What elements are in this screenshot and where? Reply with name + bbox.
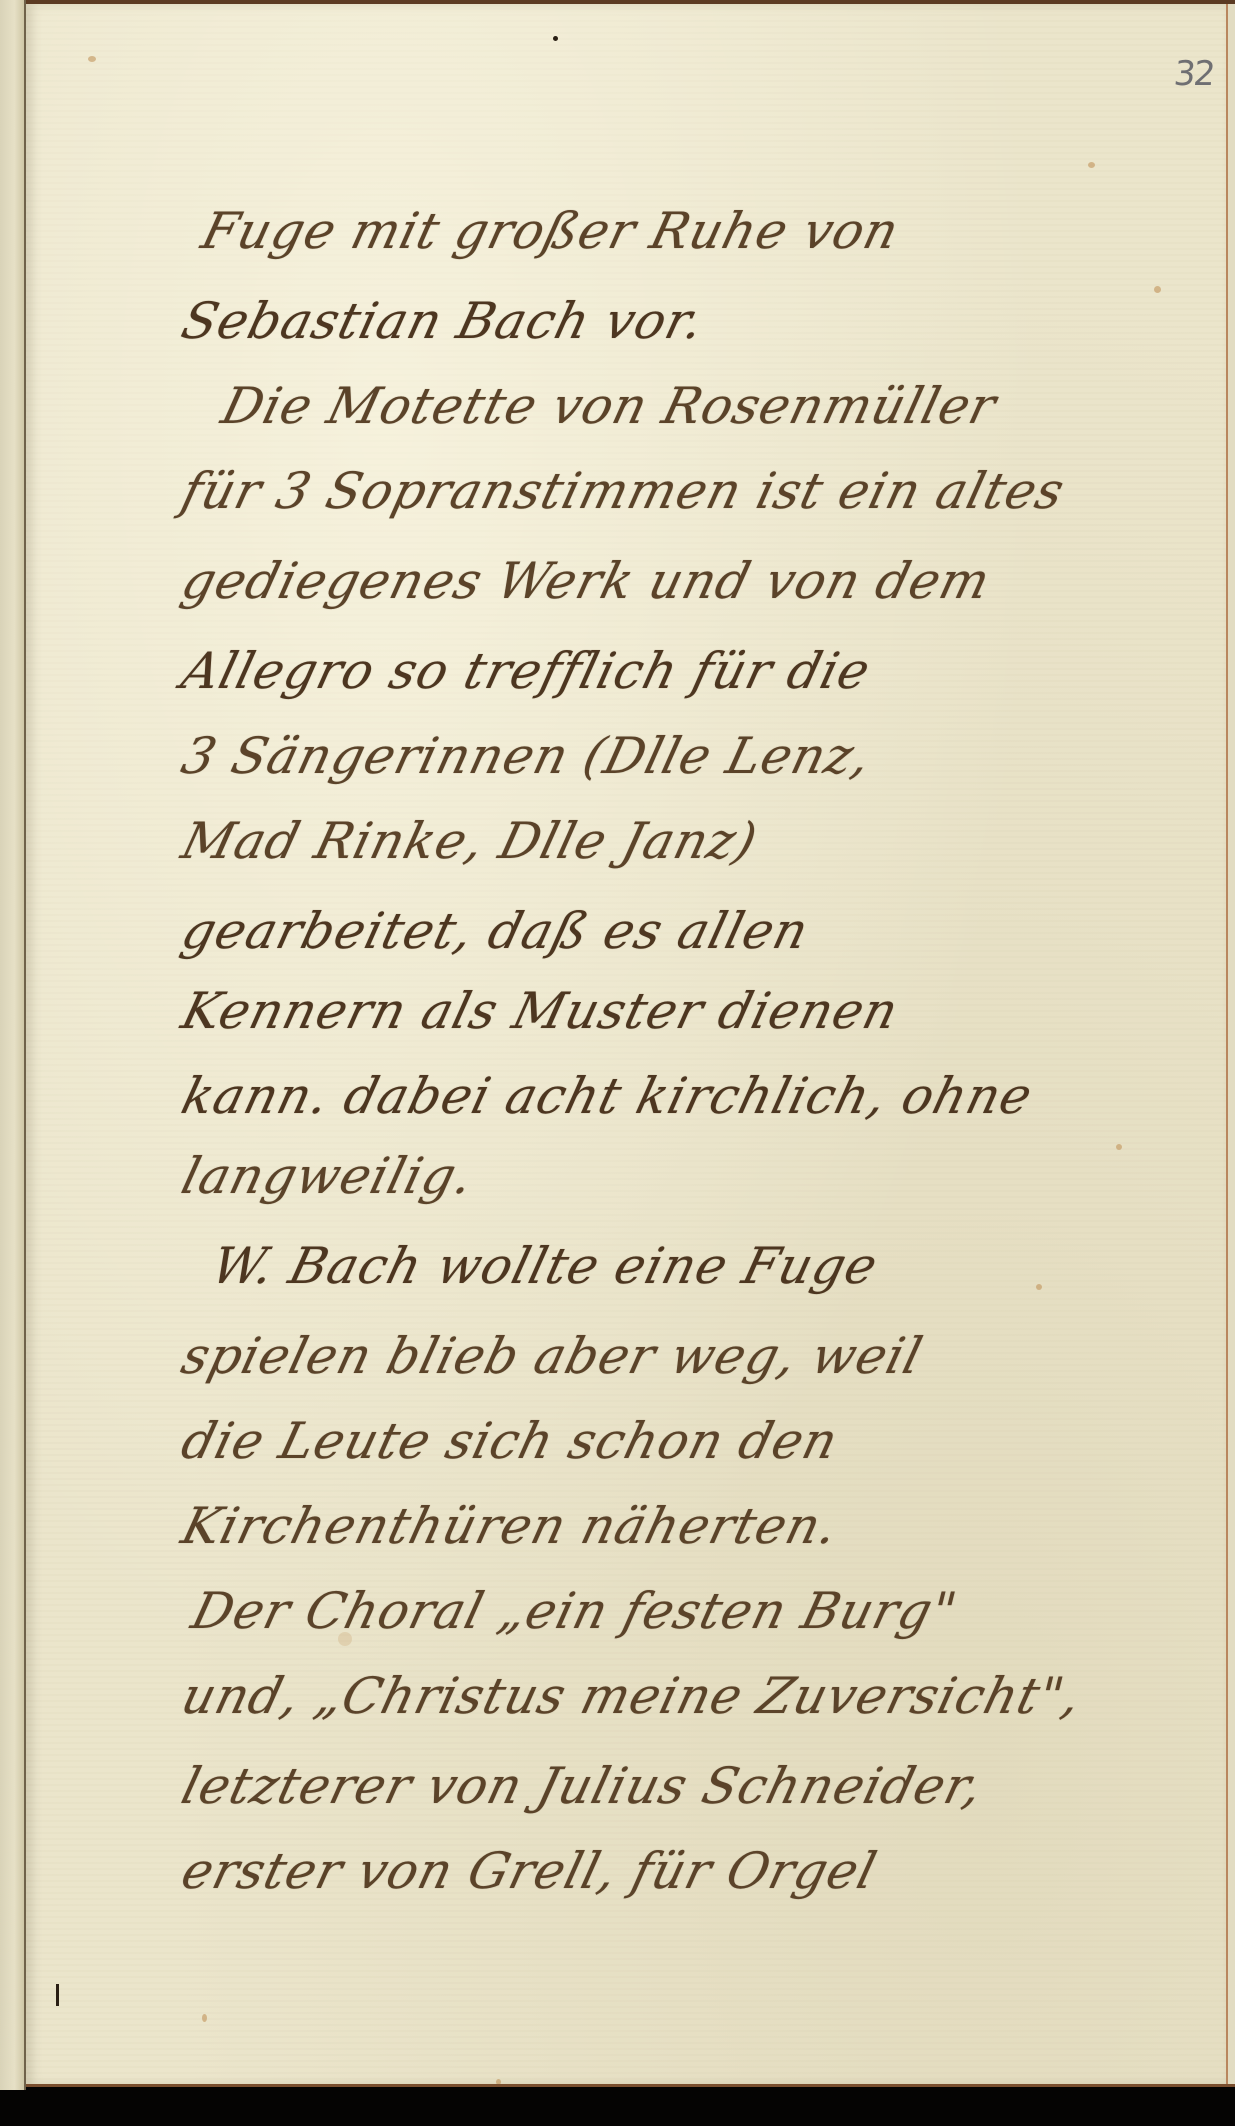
text-line-10: Kennern als Muster dienen bbox=[176, 982, 905, 1040]
text-line-12: langweilig. bbox=[176, 1147, 480, 1205]
foxing-spot bbox=[1154, 286, 1161, 293]
foxing-spot bbox=[1088, 162, 1095, 168]
text-line-8: Mad Rinke, Dlle Janz) bbox=[176, 812, 763, 870]
foxing-spot bbox=[88, 56, 96, 62]
text-line-5: gediegenes Werk und von dem bbox=[176, 552, 996, 610]
next-page-strip bbox=[1228, 4, 1235, 2086]
text-line-20: erster von Grell, für Orgel bbox=[176, 1842, 883, 1900]
folio-number: 32 bbox=[1172, 54, 1215, 94]
text-line-9: gearbeitet, daß es allen bbox=[176, 902, 815, 960]
text-line-1: Fuge mit großer Ruhe von bbox=[196, 202, 905, 260]
foxing-spot bbox=[202, 2014, 207, 2022]
foxing-spot bbox=[1036, 1284, 1042, 1290]
ink-speck bbox=[56, 1984, 59, 2006]
text-line-14: spielen blieb aber weg, weil bbox=[176, 1327, 929, 1385]
text-line-19: letzterer von Julius Schneider, bbox=[176, 1757, 989, 1815]
text-line-16: Kirchenthüren näherten. bbox=[176, 1497, 844, 1555]
text-line-13: W. Bach wollte eine Fuge bbox=[206, 1237, 884, 1295]
text-line-7: 3 Sängerinnen (Dlle Lenz, bbox=[176, 727, 877, 785]
manuscript-page: 32 Fuge mit großer Ruhe von Sebastian Ba… bbox=[26, 4, 1226, 2086]
text-line-11: kann. dabei acht kirchlich, ohne bbox=[176, 1067, 1039, 1125]
text-line-18: und, „Christus meine Zuversicht", bbox=[176, 1667, 1088, 1725]
text-line-3: Die Motette von Rosenmüller bbox=[216, 377, 1002, 435]
text-line-17: Der Choral „ein festen Burg" bbox=[186, 1582, 963, 1640]
scan-background: 32 Fuge mit großer Ruhe von Sebastian Ba… bbox=[0, 0, 1235, 2126]
text-line-15: die Leute sich schon den bbox=[176, 1412, 844, 1470]
bottom-page-edge bbox=[26, 2084, 1235, 2087]
text-line-6: Allegro so trefflich für die bbox=[176, 642, 876, 700]
foxing-spot bbox=[1116, 1144, 1122, 1150]
binding-gutter bbox=[0, 0, 26, 2090]
text-line-2: Sebastian Bach vor. bbox=[176, 292, 710, 350]
text-line-4: für 3 Sopranstimmen ist ein altes bbox=[176, 462, 1071, 520]
ink-speck bbox=[553, 36, 558, 41]
